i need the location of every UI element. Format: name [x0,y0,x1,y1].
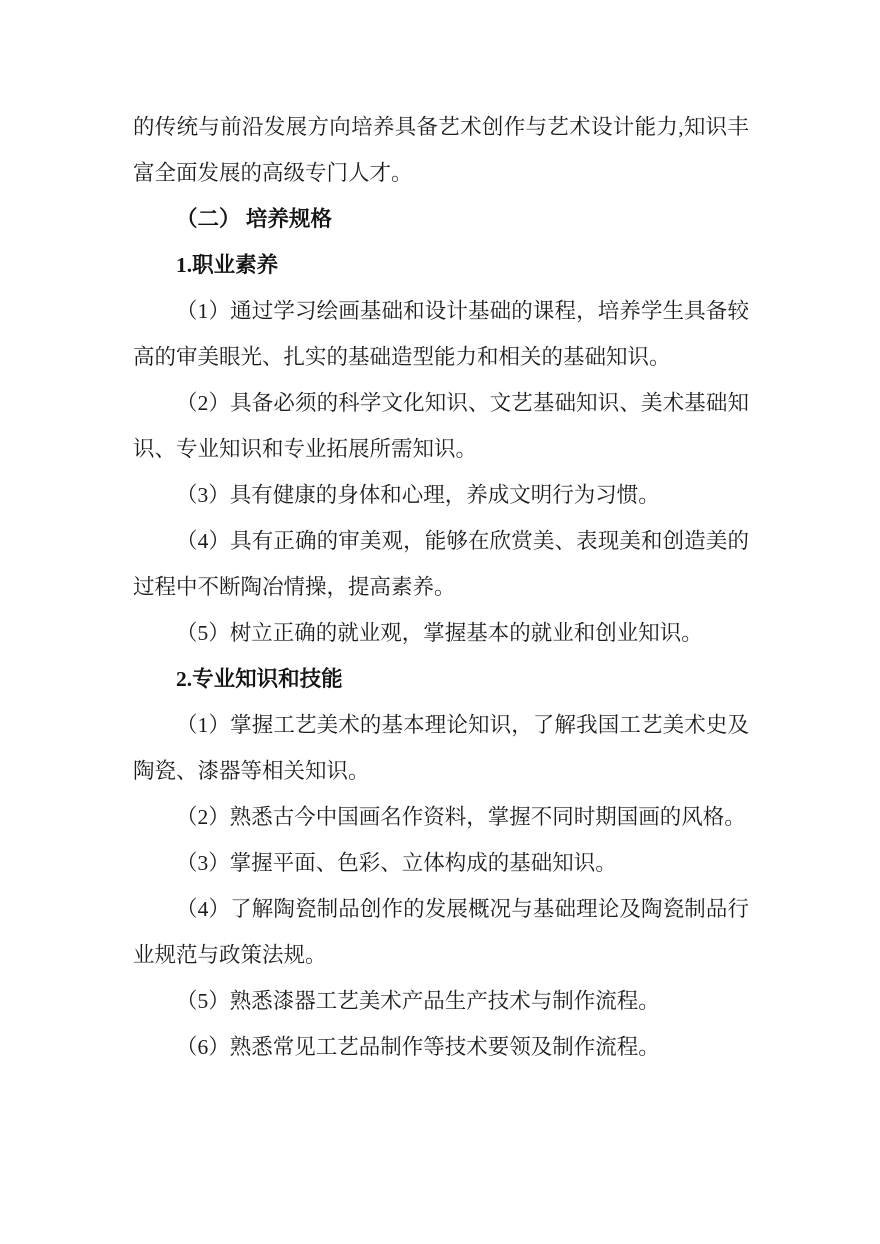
paragraph: （5）熟悉漆器工艺美术产品生产技术与制作流程。 [133,978,749,1024]
paragraph: （3）具有健康的身体和心理，养成文明行为习惯。 [133,472,749,518]
section-heading: （二） 培养规格 [133,196,749,242]
document-page: 的传统与前沿发展方向培养具备艺术创作与艺术设计能力,知识丰富全面发展的高级专门人… [0,0,880,1244]
paragraph: （3）掌握平面、色彩、立体构成的基础知识。 [133,840,749,886]
paragraph: （4）了解陶瓷制品创作的发展概况与基础理论及陶瓷制品行业规范与政策法规。 [133,886,749,978]
paragraph: （1）通过学习绘画基础和设计基础的课程，培养学生具备较高的审美眼光、扎实的基础造… [133,288,749,380]
section-heading: 2.专业知识和技能 [133,656,749,702]
paragraph: （2）熟悉古今中国画名作资料，掌握不同时期国画的风格。 [133,794,749,840]
paragraph: 的传统与前沿发展方向培养具备艺术创作与艺术设计能力,知识丰富全面发展的高级专门人… [133,104,749,196]
section-heading: 1.职业素养 [133,242,749,288]
paragraph: （2）具备必须的科学文化知识、文艺基础知识、美术基础知识、专业知识和专业拓展所需… [133,380,749,472]
paragraph: （1）掌握工艺美术的基本理论知识，了解我国工艺美术史及陶瓷、漆器等相关知识。 [133,702,749,794]
paragraph: （4）具有正确的审美观，能够在欣赏美、表现美和创造美的过程中不断陶冶情操，提高素… [133,518,749,610]
paragraph: （6）熟悉常见工艺品制作等技术要领及制作流程。 [133,1024,749,1070]
paragraph: （5）树立正确的就业观，掌握基本的就业和创业知识。 [133,610,749,656]
